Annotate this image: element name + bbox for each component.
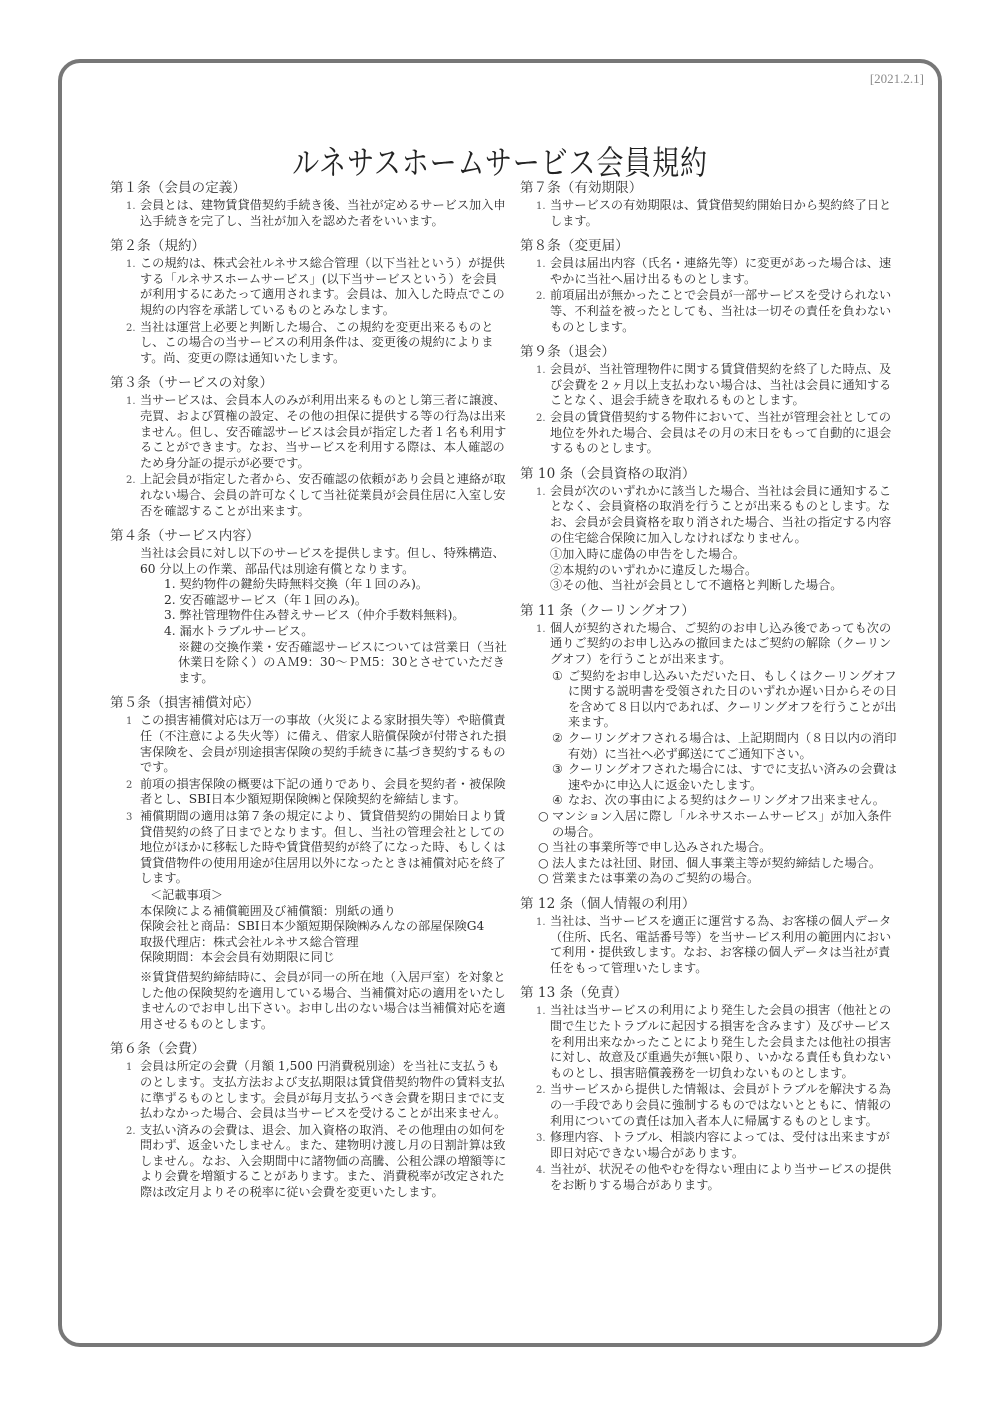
clause: 1この損害補償対応は万一の事故（火災による家財損失等）や賠償責任（不注意による失… [110,713,508,775]
clause-text: 当社は運営上必要と判断した場合、この規約を変更出来るものとし、この場合の当サービ… [140,320,508,367]
exclusion-item: ○法人または社団、財団、個人事業主等が契約締結した場合。 [520,856,900,872]
article-heading: 第８条（変更届） [520,237,900,255]
article-heading: 第 12 条（個人情報の利用） [520,895,900,913]
clause-number: 1. [536,621,550,668]
clause: 1.会員は届出内容（氏名・連絡先等）に変更があった場合は、速やかに当社へ届け出る… [520,256,900,287]
insurance-note: ※賃貸借契約締結時に、会員が同一の所在地（入居戸室）を対象とした他の保険契約を適… [110,970,508,1032]
clause-text: 修理内容、トラブル、相談内容によっては、受付は出来ますが即日対応できない場合があ… [550,1130,900,1161]
article-intro: 当社は会員に対し以下のサービスを提供します。但し、特殊構造、60 分以上の作業、… [110,546,508,577]
left-column: 第１条（会員の定義） 1.会員とは、建物賃貸借契約手続き後、当社が定めるサービス… [110,179,508,1209]
clause-text: 当サービスの有効期限は、賃貸借契約開始日から契約終了日とします。 [550,198,900,229]
clause-text: 会員の賃貸借契約する物件において、当社が管理会社としての地位を外れた場合、会員は… [550,410,900,457]
article-heading: 第９条（退会） [520,343,900,361]
document-frame: [2021.2.1] ルネサスホームサービス会員規約 第１条（会員の定義） 1.… [58,59,942,1347]
article-9: 第９条（退会） 1.会員が、当社管理物件に関する賃貸借契約を終了した時点、及び会… [520,343,900,457]
clause: 1.会員が次のいずれかに該当した場合、当社は会員に通知することなく、会員資格の取… [520,484,900,546]
clause-number: 2. [126,472,140,519]
clause-number: 1. [126,393,140,471]
clause-text: 会員が、当社管理物件に関する賃貸借契約を終了した時点、及び会費を２ヶ月以上支払わ… [550,362,900,409]
clause-text: 補償期間の適用は第７条の規定により、賃貸借契約の開始日より賃貸借契約の終了日まで… [140,809,508,887]
article-heading: 第 13 条（免責） [520,984,900,1002]
article-5: 第５条（損害補償対応） 1この損害補償対応は万一の事故（火災による家財損失等）や… [110,694,508,1032]
article-heading: 第１条（会員の定義） [110,179,508,197]
clause-number: 3 [126,809,140,887]
clause-text: 支払い済みの会費は、退会、加入資格の取消、その他理由の如何を問わず、返金いたしま… [140,1123,508,1201]
clause: 2前項の損害保険の概要は下記の通りであり、会員を契約者・被保険者とし、SBI日本… [110,777,508,808]
clause-text: 会員が次のいずれかに該当した場合、当社は会員に通知することなく、会員資格の取消を… [550,484,900,546]
clause-text: 当サービスは、会員本人のみが利用出来るものとし第三者に譲渡、売買、および質権の設… [140,393,508,471]
clause-number: 2 [126,777,140,808]
clause-number: 1. [536,362,550,409]
clause: 1.会員が、当社管理物件に関する賃貸借契約を終了した時点、及び会費を２ヶ月以上支… [520,362,900,409]
clause-text: 上記会員が指定した者から、安否確認の依頼があり会員と連絡が取れない場合、会員の許… [140,472,508,519]
clause-text: 当社が、状況その他やむを得ない理由により当サービスの提供をお断りする場合がありま… [550,1162,900,1193]
records-heading: ＜記載事項＞ [110,888,508,904]
article-11: 第 11 条（クーリングオフ） 1.個人が契約された場合、ご契約のお申し込み後で… [520,602,900,887]
clause-number: 4. [536,1162,550,1193]
clause-text: 前項の損害保険の概要は下記の通りであり、会員を契約者・被保険者とし、SBI日本少… [140,777,508,808]
article-heading: 第２条（規約） [110,237,508,255]
clause: 1.この規約は、株式会社ルネサス総合管理（以下当社という）が提供する「ルネサスホ… [110,256,508,318]
service-item: 3. 弊社管理物件住み替えサービス（仲介手数料無料)。 [110,608,508,624]
article-heading: 第３条（サービスの対象） [110,374,508,392]
cooling-off-point: ④なお、次の事由による契約はクーリングオフ出来ません。 [520,793,900,809]
clause: 3.修理内容、トラブル、相談内容によっては、受付は出来ますが即日対応できない場合… [520,1130,900,1161]
cooling-off-point: ①ご契約をお申し込みいただいた日、もしくはクーリングオフに関する説明書を受領され… [520,669,900,731]
circle-bullet-icon: ○ [538,856,552,872]
circle-bullet-icon: ○ [538,871,552,887]
clause-number: 2. [126,1123,140,1201]
clause-text: 会員は所定の会費（月額 1,500 円消費税別途）を当社に支払うものとします。支… [140,1059,508,1121]
clause: 1.当サービスの有効期限は、賃貸借契約開始日から契約終了日とします。 [520,198,900,229]
clause: 1.個人が契約された場合、ご契約のお申し込み後であっても次の通りご契約のお申し込… [520,621,900,668]
clause-number: 1. [536,914,550,976]
disqualification-case: ②本規約のいずれかに違反した場合。 [520,563,900,579]
clause-text: 当社は、当サービスを適正に運営する為、お客様の個人データ（住所、氏名、電話番号等… [550,914,900,976]
clause-text: 会員とは、建物賃貸借契約手続き後、当社が定めるサービス加入申込手続きを完了し、当… [140,198,508,229]
clause: 2.支払い済みの会費は、退会、加入資格の取消、その他理由の如何を問わず、返金いた… [110,1123,508,1201]
clause-number: 1 [126,713,140,775]
document-title: ルネサスホームサービス会員規約 [141,137,859,184]
article-heading: 第４条（サービス内容） [110,527,508,545]
clause-number: 3. [536,1130,550,1161]
article-heading: 第５条（損害補償対応） [110,694,508,712]
exclusion-item: ○マンション入居に際し「ルネサスホームサービス」が加入条件の場合。 [520,809,900,840]
clause-text: 前項届出が無かったことで会員が一部サービスを受けられない等、不利益を被ったとして… [550,288,900,335]
clause: 1会員は所定の会費（月額 1,500 円消費税別途）を当社に支払うものとします。… [110,1059,508,1121]
clause-text: この規約は、株式会社ルネサス総合管理（以下当社という）が提供する「ルネサスホーム… [140,256,508,318]
cooling-off-point: ②クーリングオフされる場合は、上記期間内（８日以内の消印有効）に当社へ必ず郵送に… [520,731,900,762]
record-line: 取扱代理店：株式会社ルネサス総合管理 [110,935,508,951]
clause-number: 2. [126,320,140,367]
service-hours-note: ※鍵の交換作業・安否確認サービスについては営業日（当社休業日を除く）のＡＭ9：3… [110,640,508,687]
right-column: 第７条（有効期限） 1.当サービスの有効期限は、賃貸借契約開始日から契約終了日と… [520,179,900,1201]
clause: 1.当サービスは、会員本人のみが利用出来るものとし第三者に譲渡、売買、および質権… [110,393,508,471]
clause-number: 1. [536,256,550,287]
clause-text: 会員は届出内容（氏名・連絡先等）に変更があった場合は、速やかに当社へ届け出るもの… [550,256,900,287]
article-3: 第３条（サービスの対象） 1.当サービスは、会員本人のみが利用出来るものとし第三… [110,374,508,519]
article-heading: 第 11 条（クーリングオフ） [520,602,900,620]
clause: 1.会員とは、建物賃貸借契約手続き後、当社が定めるサービス加入申込手続きを完了し… [110,198,508,229]
clause-number: 1. [536,198,550,229]
exclusion-item: ○営業または事業の為のご契約の場合。 [520,871,900,887]
disqualification-case: ③その他、当社が会員として不適格と判断した場合。 [520,578,900,594]
article-13: 第 13 条（免責） 1.当社は当サービスの利用により発生した会員の損害（他社と… [520,984,900,1193]
record-line: 保険期間：本会会員有効期限に同じ [110,950,508,966]
revision-date: [2021.2.1] [870,71,924,87]
article-2: 第２条（規約） 1.この規約は、株式会社ルネサス総合管理（以下当社という）が提供… [110,237,508,366]
service-item: 4. 漏水トラブルサービス。 [110,624,508,640]
clause-text: この損害補償対応は万一の事故（火災による家財損失等）や賠償責任（不注意による失火… [140,713,508,775]
article-heading: 第６条（会費） [110,1040,508,1058]
clause-text: 個人が契約された場合、ご契約のお申し込み後であっても次の通りご契約のお申し込みの… [550,621,900,668]
circle-bullet-icon: ○ [538,840,552,856]
circle-bullet-icon: ○ [538,809,552,840]
clause-number: 1. [126,256,140,318]
article-heading: 第７条（有効期限） [520,179,900,197]
service-item: 1. 契約物件の鍵紛失時無料交換（年１回のみ)。 [110,577,508,593]
article-7: 第７条（有効期限） 1.当サービスの有効期限は、賃貸借契約開始日から契約終了日と… [520,179,900,229]
clause-number: 1. [126,198,140,229]
record-line: 本保険による補償範囲及び補償額：別紙の通り [110,904,508,920]
clause: 2.上記会員が指定した者から、安否確認の依頼があり会員と連絡が取れない場合、会員… [110,472,508,519]
article-4: 第４条（サービス内容） 当社は会員に対し以下のサービスを提供します。但し、特殊構… [110,527,508,686]
clause: 2.前項届出が無かったことで会員が一部サービスを受けられない等、不利益を被ったと… [520,288,900,335]
clause: 1.当社は、当サービスを適正に運営する為、お客様の個人データ（住所、氏名、電話番… [520,914,900,976]
clause-number: 2. [536,410,550,457]
clause: 2.会員の賃貸借契約する物件において、当社が管理会社としての地位を外れた場合、会… [520,410,900,457]
clause: 4.当社が、状況その他やむを得ない理由により当サービスの提供をお断りする場合があ… [520,1162,900,1193]
article-10: 第 10 条（会員資格の取消） 1.会員が次のいずれかに該当した場合、当社は会員… [520,465,900,594]
exclusion-item: ○当社の事業所等で申し込みされた場合。 [520,840,900,856]
clause-text: 当社は当サービスの利用により発生した会員の損害（他社との間で生じたトラブルに起因… [550,1003,900,1081]
clause: 2.当社は運営上必要と判断した場合、この規約を変更出来るものとし、この場合の当サ… [110,320,508,367]
clause: 1.当社は当サービスの利用により発生した会員の損害（他社との間で生じたトラブルに… [520,1003,900,1081]
clause-number: 2. [536,1082,550,1129]
cooling-off-point: ③クーリングオフされた場合には、すでに支払い済みの会費は速やかに申込人に返金いた… [520,762,900,793]
service-item: 2. 安否確認サービス（年１回のみ)。 [110,593,508,609]
clause: 3補償期間の適用は第７条の規定により、賃貸借契約の開始日より賃貸借契約の終了日ま… [110,809,508,887]
article-1: 第１条（会員の定義） 1.会員とは、建物賃貸借契約手続き後、当社が定めるサービス… [110,179,508,229]
article-6: 第６条（会費） 1会員は所定の会費（月額 1,500 円消費税別途）を当社に支払… [110,1040,508,1200]
disqualification-case: ①加入時に虚偽の申告をした場合。 [520,547,900,563]
clause: 2.当サービスから提供した情報は、会員がトラブルを解決する為の一手段であり会員に… [520,1082,900,1129]
article-12: 第 12 条（個人情報の利用） 1.当社は、当サービスを適正に運営する為、お客様… [520,895,900,976]
clause-number: 1. [536,1003,550,1081]
article-8: 第８条（変更届） 1.会員は届出内容（氏名・連絡先等）に変更があった場合は、速や… [520,237,900,335]
clause-text: 当サービスから提供した情報は、会員がトラブルを解決する為の一手段であり会員に強制… [550,1082,900,1129]
article-heading: 第 10 条（会員資格の取消） [520,465,900,483]
clause-number: 2. [536,288,550,335]
record-line: 保険会社と商品：SBI日本少額短期保険㈱みんなの部屋保険G4 [110,919,508,935]
clause-number: 1 [126,1059,140,1121]
clause-number: 1. [536,484,550,546]
